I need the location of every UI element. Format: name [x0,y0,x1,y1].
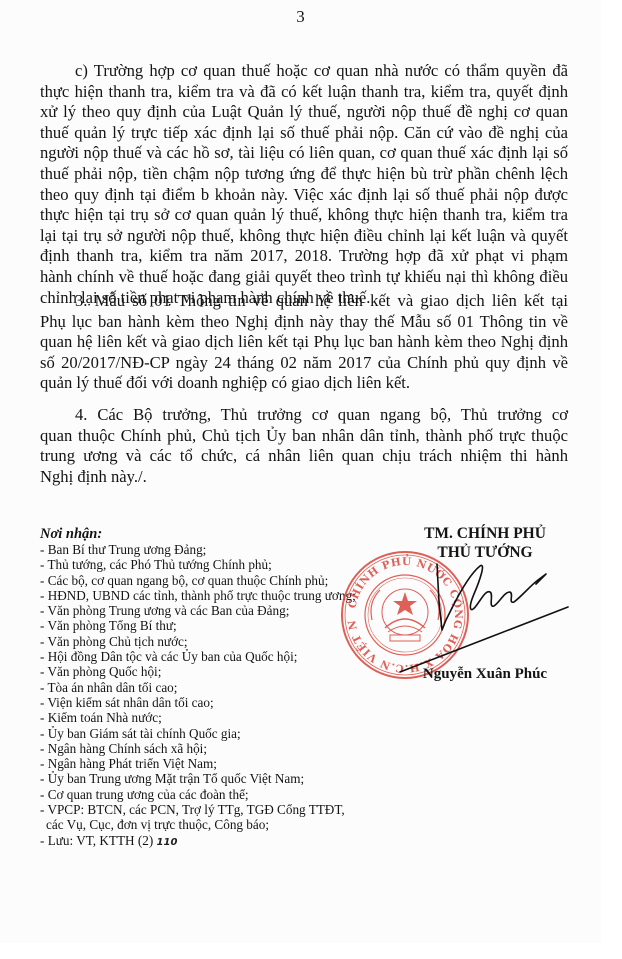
handwritten-number: 110 [157,837,178,848]
text-line: số 20/2017/NĐ-CP ngày 24 tháng 02 năm 20… [40,353,568,374]
text-line: thực hiện thanh tra, kiểm tra và đã có k… [40,82,568,103]
text-line: quan thuộc Chính phủ, Chủ tịch Ủy ban nh… [40,426,568,447]
recipient-item: - Thủ tướng, các Phó Thủ tướng Chính phủ… [40,557,360,572]
page-number: 3 [0,7,601,27]
text-line: Phụ lục ban hành kèm theo Nghị định này … [40,312,568,333]
text-line: theo quy định tại điểm b khoản này. Việc… [40,185,568,206]
signature-block: CHÍNH PHỦ NƯỚC CỘNG HÒA X.H.C.N VIỆT NAM… [330,522,590,692]
text-line: lại tại trụ sở người nộp thuế, không thự… [40,226,568,247]
recipient-item: - Hội đồng Dân tộc và các Ủy ban của Quố… [40,649,360,664]
recipient-item: - Tòa án nhân dân tối cao; [40,680,360,695]
recipient-item: - Văn phòng Trung ương và các Ban của Đả… [40,603,360,618]
text-line: định thanh tra, kiểm tra năm 2017, 2018.… [40,246,568,267]
text-line: trung ương và các tổ chức, cá nhân liên … [40,446,568,467]
text-line: 3. Mẫu số 01 Thông tin về quan hệ liên k… [40,291,568,312]
recipient-item: - VPCP: BTCN, các PCN, Trợ lý TTg, TGĐ C… [40,802,360,817]
archive-label: - Lưu: VT, KTTH (2) [40,833,153,848]
signatory-name: Nguyễn Xuân Phúc [400,666,570,683]
recipients-title: Nơi nhận: [40,526,360,542]
text-line: xử lý theo quy định của Luật Quản lý thu… [40,102,568,123]
paragraph-3: 3. Mẫu số 01 Thông tin về quan hệ liên k… [40,291,568,394]
recipient-item: - Ngân hàng Chính sách xã hội; [40,741,360,756]
text-line: hành chính về thuế hoặc đang giải quyết … [40,267,568,288]
recipient-item: - Văn phòng Tổng Bí thư; [40,618,360,633]
archive-note: - Lưu: VT, KTTH (2) 110 [40,833,360,850]
text-line: Nghị định này./. [40,467,568,488]
text-line: 4. Các Bộ trưởng, Thủ trưởng cơ quan nga… [40,405,568,426]
recipient-item: - Ủy ban Giám sát tài chính Quốc gia; [40,726,360,741]
text-line: thuế phải nộp, tiền chậm nộp tương ứng đ… [40,164,568,185]
recipient-item: - Viện kiểm sát nhân dân tối cao; [40,695,360,710]
recipient-item: - Ủy ban Trung ương Mặt trận Tổ quốc Việ… [40,771,360,786]
text-line: thực hiện tại trụ sở cơ quan quản lý thu… [40,205,568,226]
recipient-item: - Kiểm toán Nhà nước; [40,710,360,725]
text-line: thuế quản lý trực tiếp xác định lại số t… [40,123,568,144]
text-line: quản lý thuế đối với doanh nghiệp có gia… [40,373,568,394]
recipient-item: - Ngân hàng Phát triển Việt Nam; [40,756,360,771]
recipient-item: - Văn phòng Chủ tịch nước; [40,634,360,649]
recipient-item: - Ban Bí thư Trung ương Đảng; [40,542,360,557]
recipient-item: - Cơ quan trung ương của các đoàn thể; [40,787,360,802]
text-line: quan hệ liên kết và giao dịch liên kết t… [40,332,568,353]
document-page: 3 c) Trường hợp cơ quan thuế hoặc cơ qua… [0,0,601,943]
recipient-item: - Văn phòng Quốc hội; [40,664,360,679]
recipient-item-continuation: các Vụ, Cục, đơn vị trực thuộc, Công báo… [40,817,360,832]
text-line: c) Trường hợp cơ quan thuế hoặc cơ quan … [40,61,568,82]
recipients-list: Nơi nhận: - Ban Bí thư Trung ương Đảng; … [40,526,360,850]
paragraph-4: 4. Các Bộ trưởng, Thủ trưởng cơ quan nga… [40,405,568,487]
recipient-item: - Các bộ, cơ quan ngang bộ, cơ quan thuộ… [40,573,360,588]
paragraph-c: c) Trường hợp cơ quan thuế hoặc cơ quan … [40,61,568,308]
text-line: người nộp thuế và các hồ sơ, tài liệu có… [40,143,568,164]
recipient-item: - HĐND, UBND các tỉnh, thành phố trực th… [40,588,360,603]
